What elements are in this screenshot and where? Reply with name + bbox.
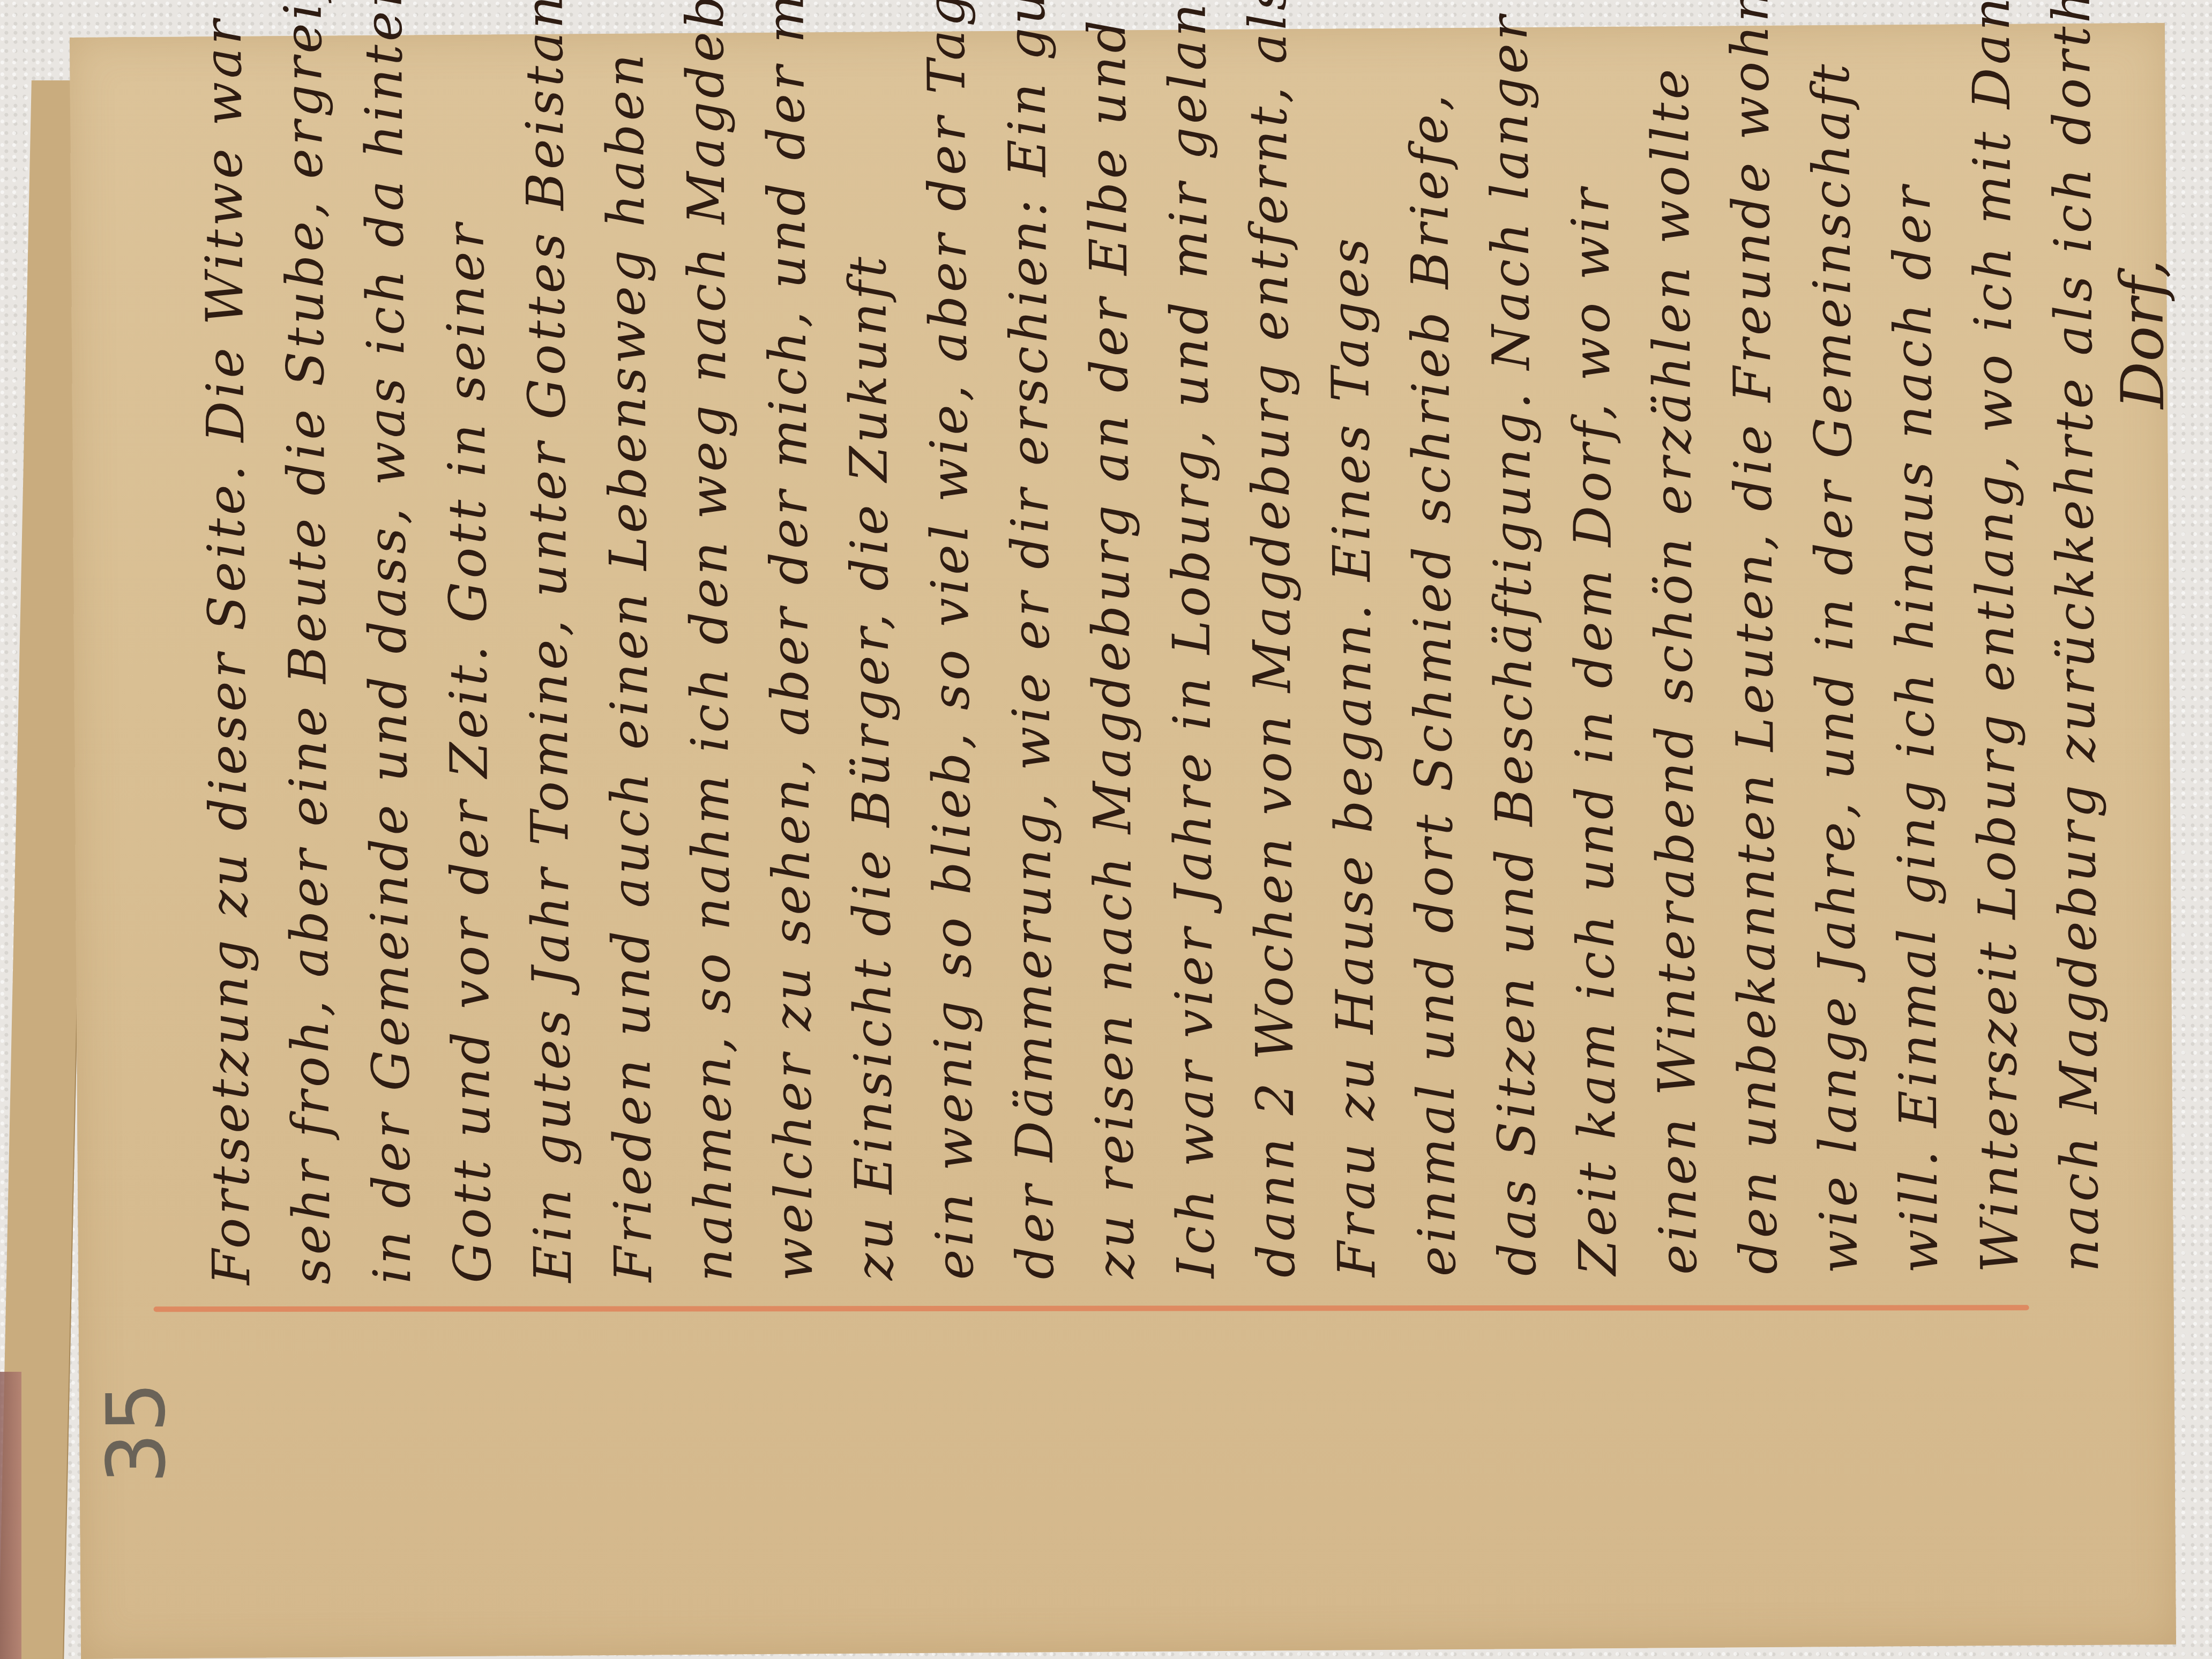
text-line: Winterszeit Loburg entlang, wo ich mit D… [1961,0,2030,1273]
text-line: ein wenig so blieb, so viel wie, aber de… [916,0,985,1280]
text-line: Frieden und auch einen Lebensweg haben [595,50,663,1282]
closing-word: Dorf, [2108,259,2177,409]
hand-holding-page [0,1372,21,1659]
text-line: nahmen, so nahm ich den weg nach Magdebu… [674,0,744,1282]
text-line: den unbekannten Leuten, die Freunde wohn… [1719,0,1789,1274]
text-line: zu reisen nach Magdeburg an der Elbe und [1077,17,1146,1279]
text-line: in der Gemeinde und dass, was ich da hin… [353,0,422,1284]
manuscript-page: Fortsetzung zu dieser Seite. Die Witwe w… [70,23,2176,1659]
text-line: Ich war vier Jahre in Loburg, und mir ge… [1157,0,1226,1279]
text-line: sehr froh, aber eine Beute die Stube, er… [273,0,342,1284]
text-line: der Dämmerung, wie er dir erschien: Ein … [996,0,1065,1280]
text-line: zu Einsicht die Bürger, die Zukunft [838,253,905,1281]
text-line: Ein gutes Jahr Tomine, unter Gottes Beis… [513,0,583,1283]
page-number: 35 [90,1381,184,1484]
text-line: Zeit kam ich und in dem Dorf, wo wir [1560,185,1628,1275]
text-line: Frau zu Hause begann. Eines Tages [1320,235,1387,1277]
text-line: welcher zu sehen, aber der mich, und der… [755,0,825,1281]
text-line: das Sitzen und Beschäftigung. Nach lange… [1479,12,1548,1276]
text-line: wie lange Jahre, und in der Gemeinschaft [1800,61,1869,1274]
text-line: dann 2 Wochen von Magdeburg entfernt, al… [1237,0,1306,1278]
text-line: einmal und dort Schmied schrieb Briefe, [1399,91,1467,1276]
text-line: nach Magdeburg zurückkehrte als ich dort… [2041,0,2110,1272]
text-line: Gott und vor der Zeit. Gott in seiner [435,220,503,1283]
handwritten-text-block: Fortsetzung zu dieser Seite. Die Witwe w… [70,23,2176,1659]
text-line: will. Einmal ging ich hinaus nach der [1882,183,1949,1273]
text-line: Fortsetzung zu dieser Seite. Die Witwe w… [193,17,262,1285]
text-line: einen Winterabend schön erzählen wollte [1640,65,1708,1275]
